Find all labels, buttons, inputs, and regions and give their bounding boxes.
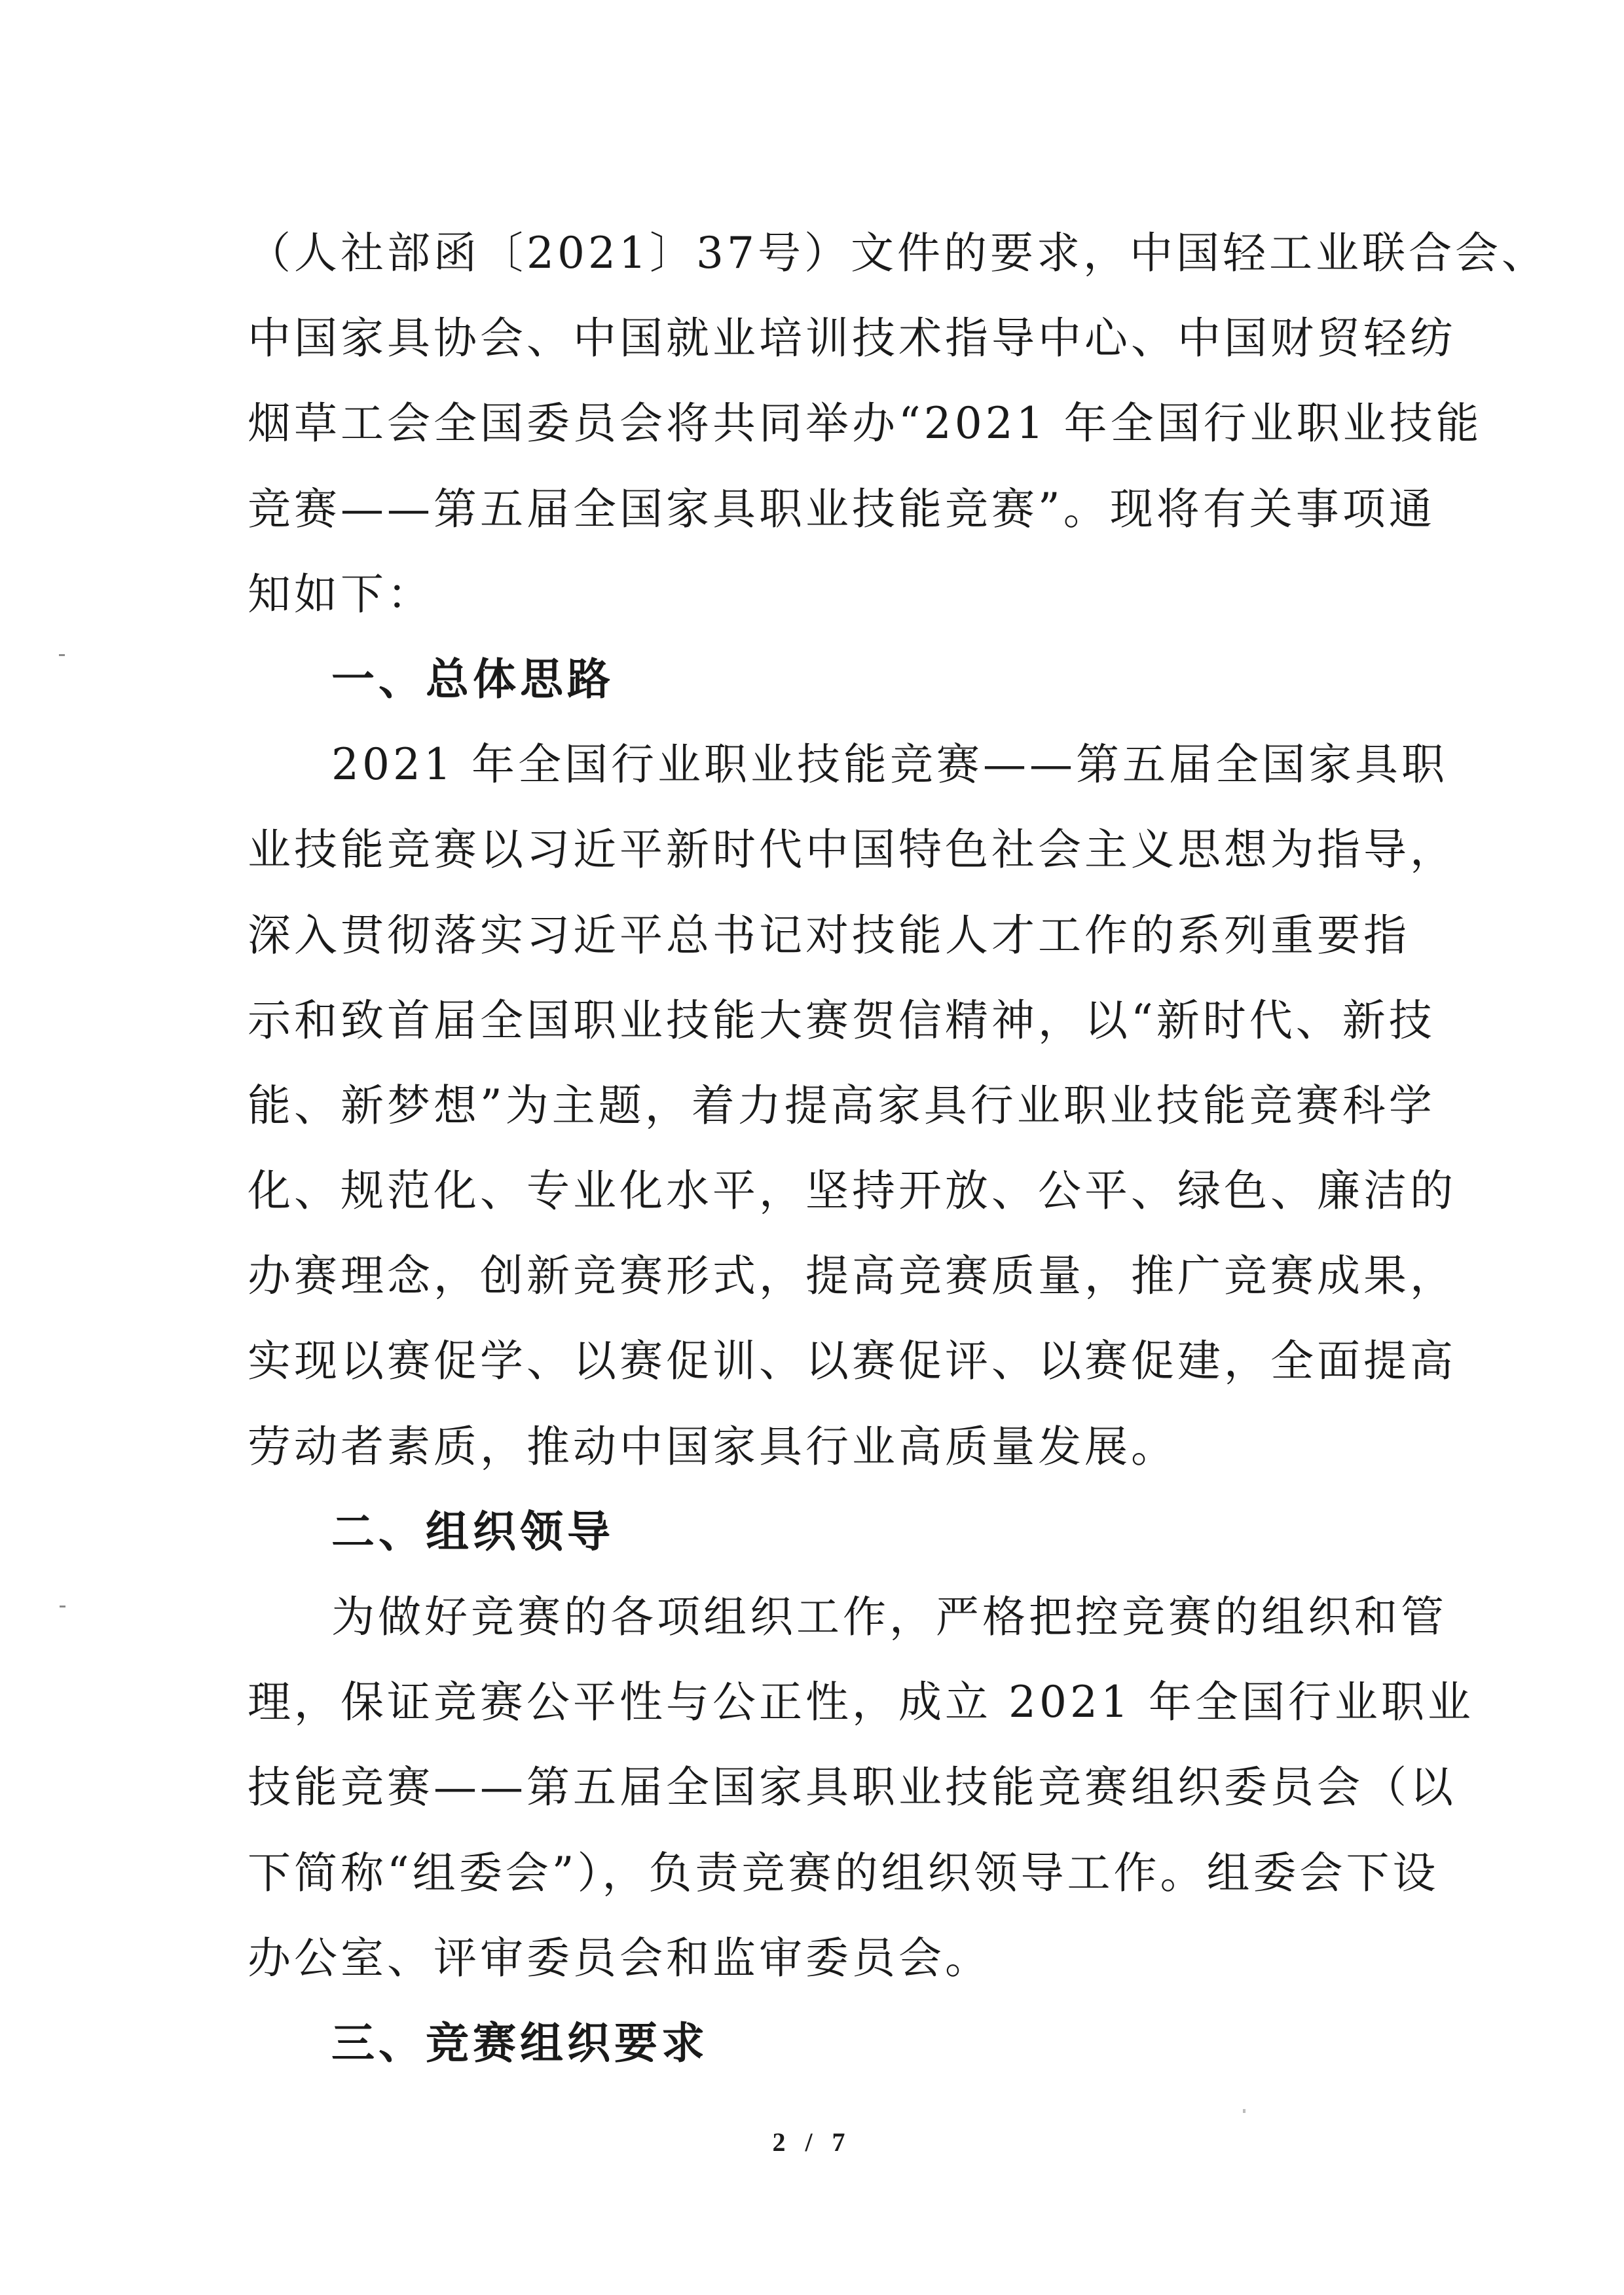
text-line: 中国家具协会、中国就业培训技术指导中心、中国财贸轻纺 — [248, 296, 1374, 381]
text-line: 办公室、评审委员会和监审委员会。 — [248, 1916, 1374, 2001]
scan-artifact-mark — [60, 1606, 65, 1607]
section-heading-organization-leadership: 二、组织领导 — [248, 1490, 1374, 1575]
document-page: （人社部函〔2021〕37号）文件的要求，中国轻工业联合会、 中国家具协会、中国… — [0, 0, 1624, 2295]
scan-artifact-mark — [1243, 2109, 1246, 2113]
text-line: 为做好竞赛的各项组织工作，严格把控竞赛的组织和管 — [248, 1575, 1374, 1660]
section-heading-overall-approach: 一、总体思路 — [248, 637, 1374, 722]
text-line: 烟草工会全国委员会将共同举办“2021 年全国行业职业技能 — [248, 381, 1374, 466]
text-line: 竞赛——第五届全国家具职业技能竞赛”。现将有关事项通 — [248, 467, 1374, 552]
text-line: 技能竞赛——第五届全国家具职业技能竞赛组织委员会（以 — [248, 1745, 1374, 1830]
text-line: 业技能竞赛以习近平新时代中国特色社会主义思想为指导， — [248, 807, 1374, 892]
text-line: 能、新梦想”为主题，着力提高家具行业职业技能竞赛科学 — [248, 1063, 1374, 1148]
text-line: （人社部函〔2021〕37号）文件的要求，中国轻工业联合会、 — [248, 211, 1374, 296]
text-line: 2021 年全国行业职业技能竞赛——第五届全国家具职 — [248, 722, 1374, 807]
text-line: 劳动者素质，推动中国家具行业高质量发展。 — [248, 1405, 1374, 1490]
text-line: 知如下： — [248, 552, 1374, 637]
document-body: （人社部函〔2021〕37号）文件的要求，中国轻工业联合会、 中国家具协会、中国… — [248, 211, 1374, 2086]
text-line: 下简称“组委会”），负责竞赛的组织领导工作。组委会下设 — [248, 1831, 1374, 1916]
text-line: 化、规范化、专业化水平，坚持开放、公平、绿色、廉洁的 — [248, 1148, 1374, 1234]
scan-artifact-mark — [59, 654, 65, 656]
text-line: 示和致首届全国职业技能大赛贺信精神，以“新时代、新技 — [248, 978, 1374, 1063]
page-number: 2 / 7 — [0, 2127, 1624, 2157]
text-line: 实现以赛促学、以赛促训、以赛促评、以赛促建，全面提高 — [248, 1319, 1374, 1404]
section-heading-competition-requirements: 三、竞赛组织要求 — [248, 2001, 1374, 2086]
text-line: 理，保证竞赛公平性与公正性，成立 2021 年全国行业职业 — [248, 1660, 1374, 1745]
text-line: 深入贯彻落实习近平总书记对技能人才工作的系列重要指 — [248, 893, 1374, 978]
text-line: 办赛理念，创新竞赛形式，提高竞赛质量，推广竞赛成果， — [248, 1234, 1374, 1319]
